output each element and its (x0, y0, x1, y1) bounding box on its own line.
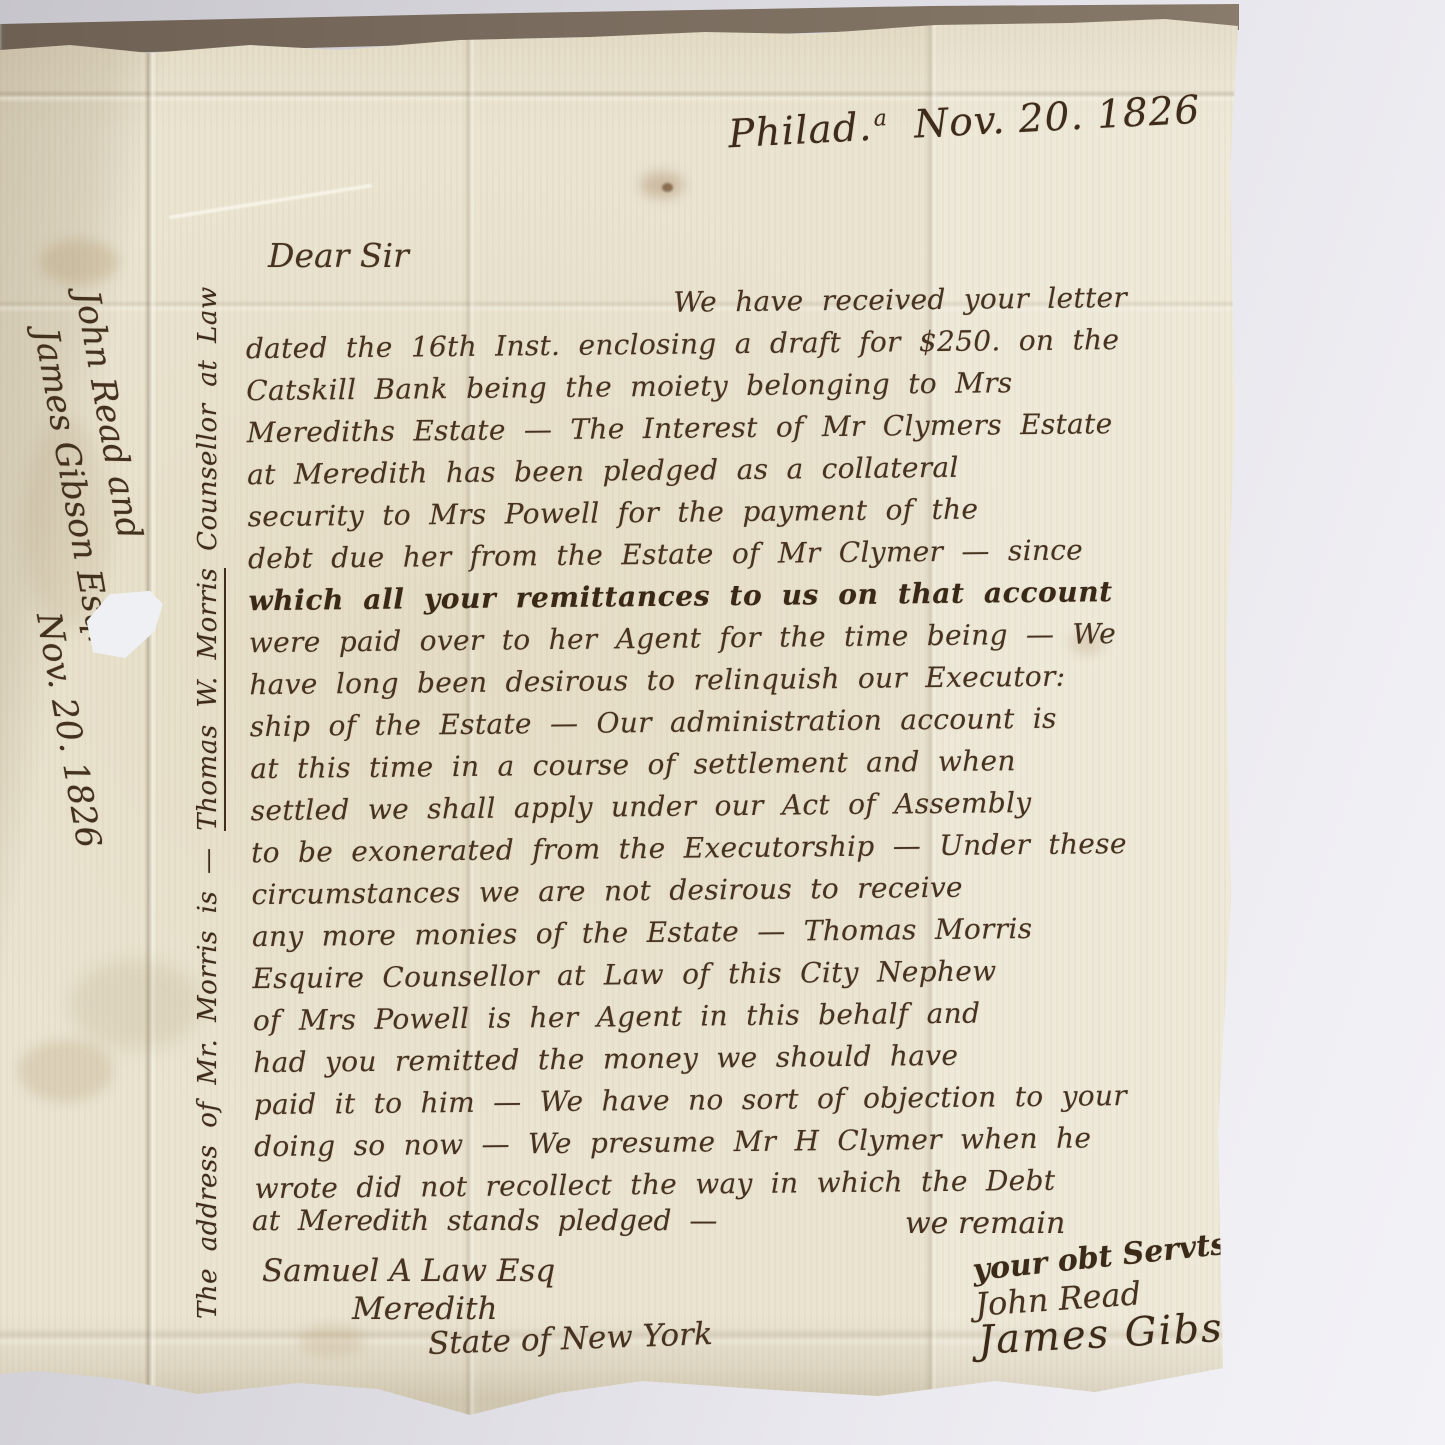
closing-line: at Meredith stands pledged — (252, 1204, 717, 1237)
foxing-stain (300, 1325, 364, 1355)
foxing-stain (662, 183, 673, 192)
closing-we-remain: we remain (905, 1206, 1065, 1241)
letter-dateline: Philad.aNov. 20. 1826 (727, 88, 1201, 158)
recipient-name: Samuel A Law Esq (262, 1253, 555, 1289)
recipient-place: Meredith (352, 1291, 497, 1327)
letter-photograph: Philad.aNov. 20. 1826 Dear Sir We have r… (0, 0, 1445, 1445)
dateline-place: Philad. (727, 105, 873, 157)
annotation-underlined-name: Thomas W. Morris (193, 568, 226, 831)
dateline-date: Nov. 20. 1826 (913, 88, 1201, 148)
salutation: Dear Sir (268, 236, 409, 275)
annotation-suffix: Counsellor at Law (193, 286, 223, 567)
docket-annotation: The address of Mr. Morris is — Thomas W.… (193, 229, 237, 1319)
foxing-stain (18, 1040, 113, 1102)
letter-sheet: Philad.aNov. 20. 1826 Dear Sir We have r… (0, 0, 1445, 1445)
letter-body: We have received your letterdated the 16… (245, 276, 1247, 1210)
dateline-superscript: a (873, 106, 888, 132)
annotation-prefix: The address of Mr. Morris is — (193, 831, 223, 1319)
fold-crack-highlight (169, 184, 372, 219)
body-line: wrote did not recollect the way in which… (254, 1158, 1246, 1210)
